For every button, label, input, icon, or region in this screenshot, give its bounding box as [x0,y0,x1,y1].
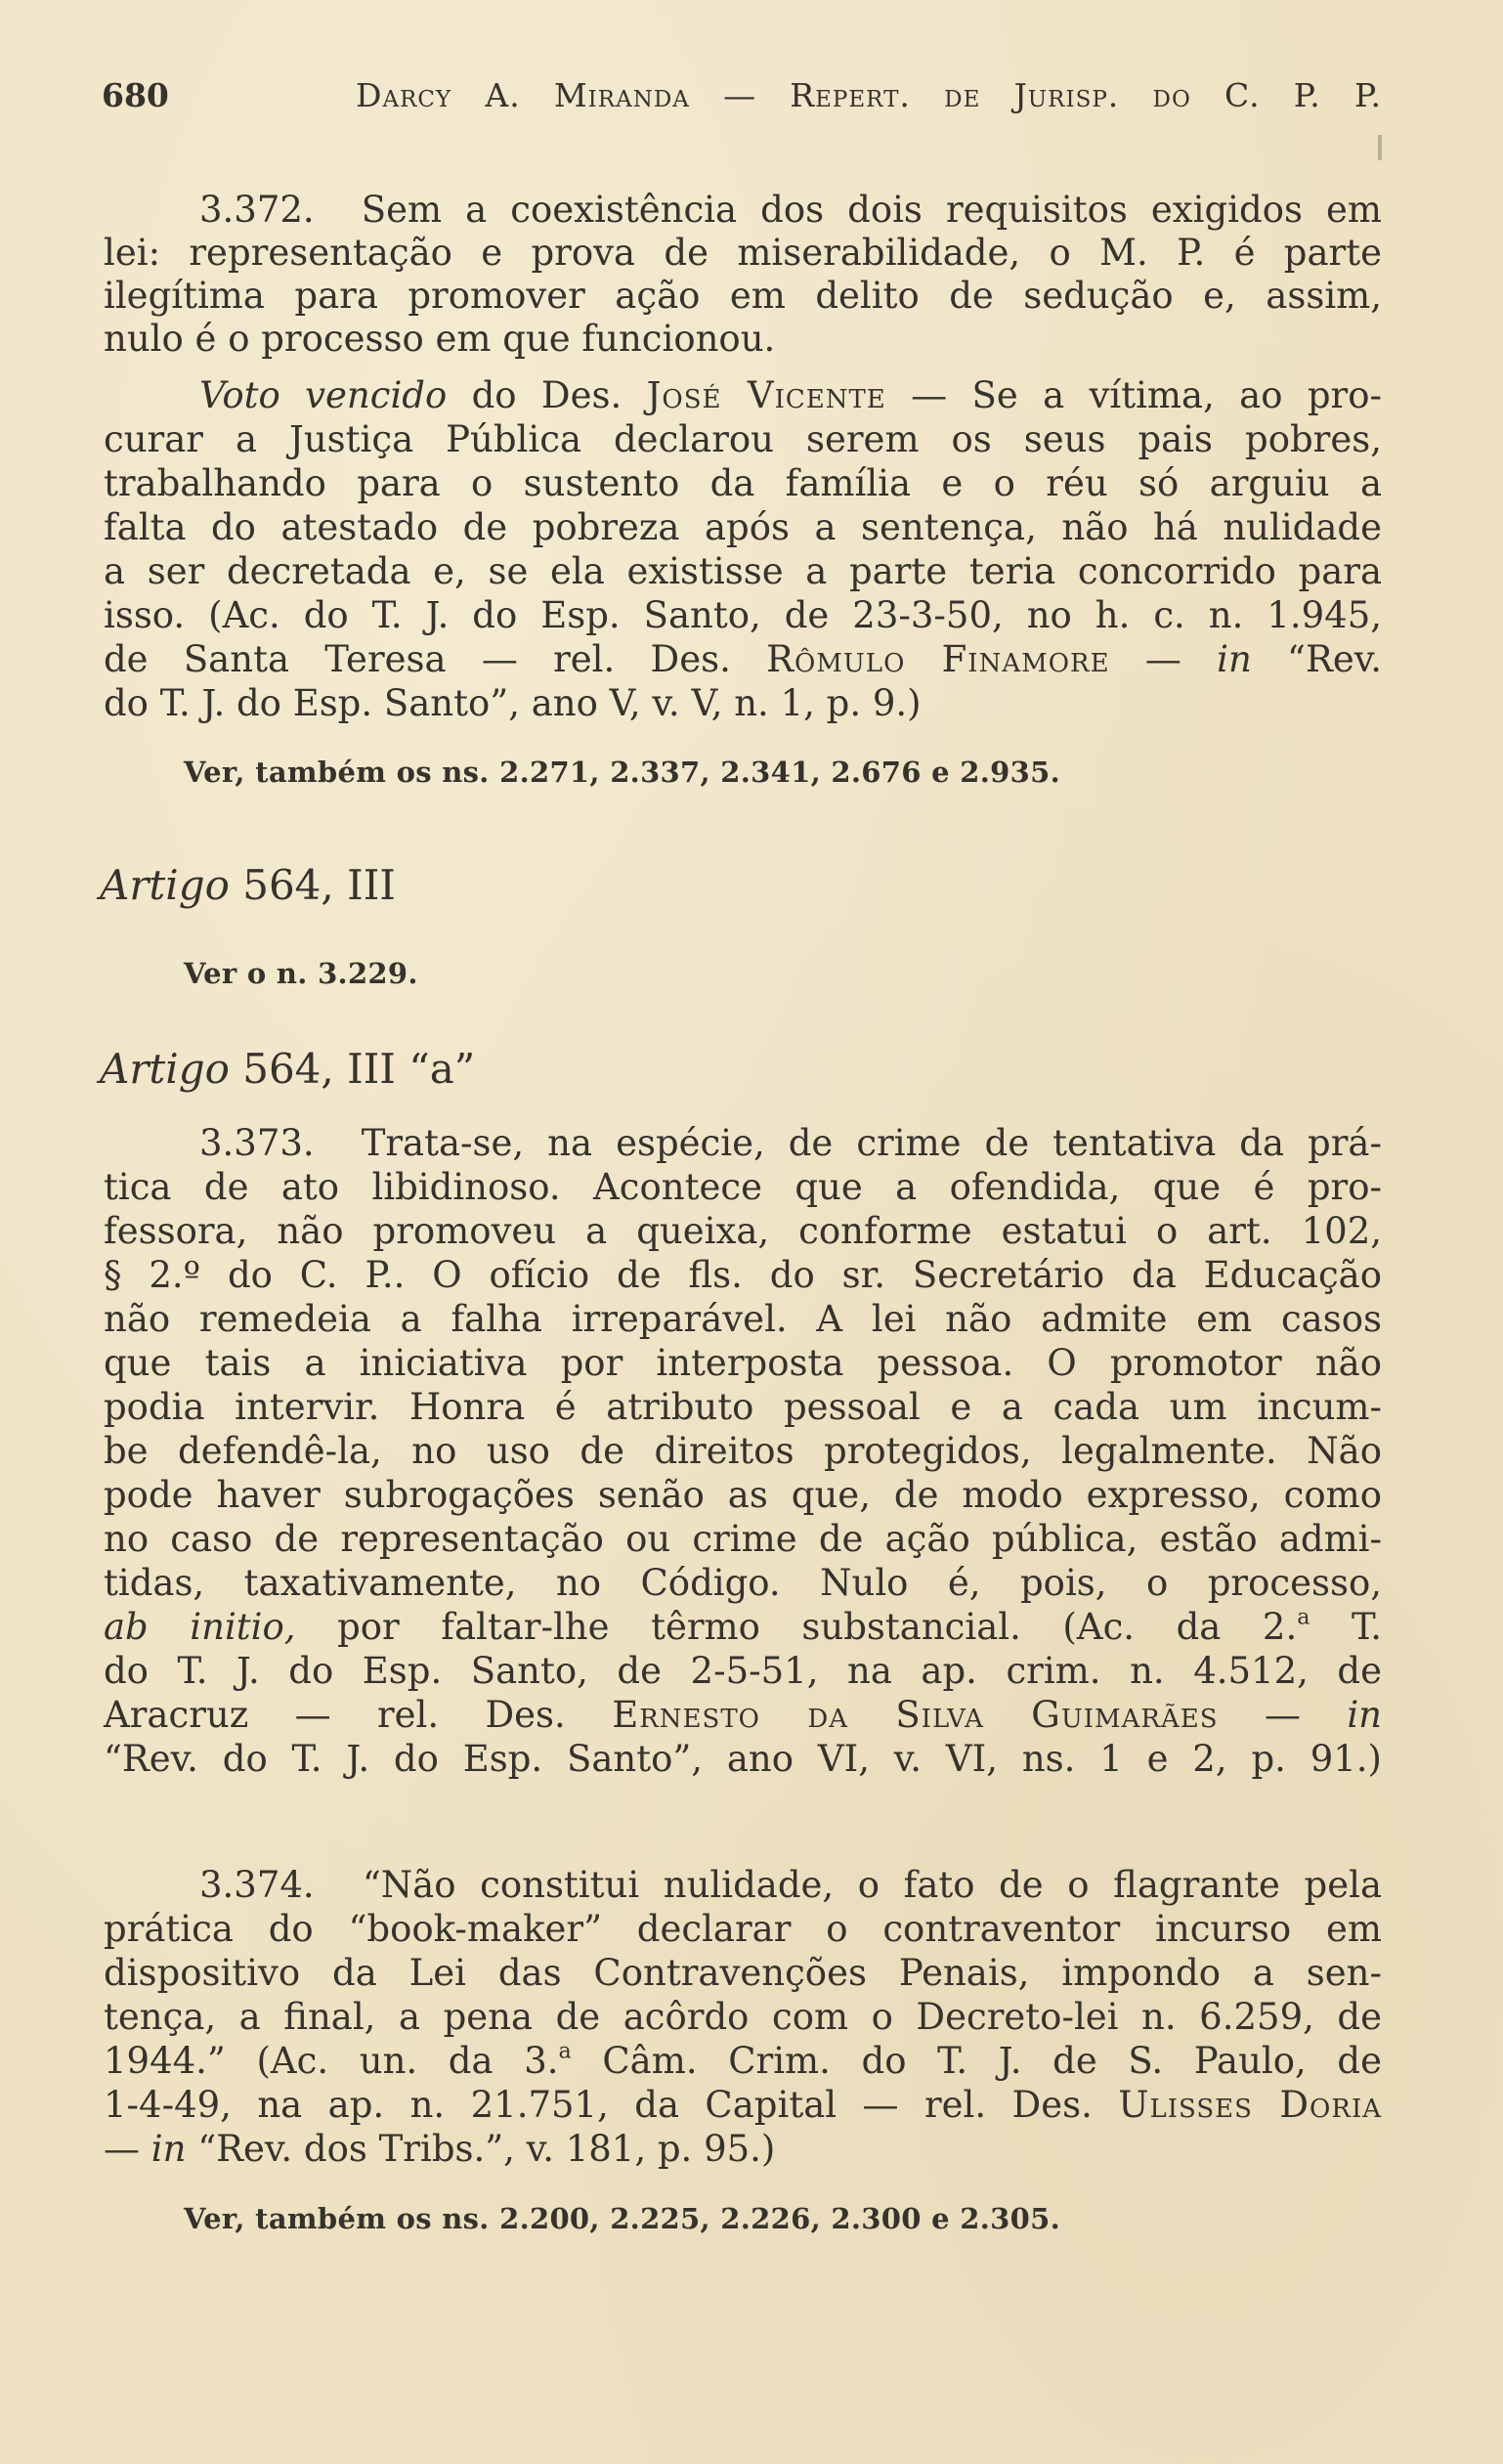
rapporteur-name: Ulisses Doria [1118,2084,1382,2126]
entry-3374-line-1: 3.374. “Não constitui nulidade, o fato d… [199,1863,1382,1907]
see-also-564-iii: Ver o n. 3.229. [184,954,1462,993]
judge-name: José Vicente [647,374,886,416]
entry-3372-line-1: 3.372. Sem a coexistência dos dois requi… [199,188,1382,232]
entry-3373-line: tidas, taxativamente, no Código. Nulo é,… [104,1561,1382,1605]
print-blemish [1378,135,1382,160]
book-page: 680 Darcy A. Miranda — Repert. de Jurisp… [0,0,1503,2464]
dissent-line-1: Voto vencido do Des. José Vicente — Se a… [199,373,1382,417]
running-head-title: Darcy A. Miranda — Repert. de Jurisp. do… [356,74,1382,117]
dissent-line: isso. (Ac. do T. J. do Esp. Santo, de 23… [104,593,1382,637]
dissent-line-7: de Santa Teresa — rel. Des. Rômulo Finam… [104,637,1382,681]
entry-3373-line: que tais a iniciativa por interposta pes… [104,1341,1382,1385]
page-number: 680 [102,74,169,117]
entry-3373-line: no caso de representação ou crime de açã… [104,1517,1382,1561]
entry-3372-line: nulo é o processo em que funcionou. [104,317,1382,361]
dissent-line: a ser decretada e, se ela existisse a pa… [104,549,1382,593]
entry-3372-line: lei: representação e prova de miserabili… [104,231,1382,275]
entry-3374-line: prática do “book-maker” declarar o contr… [104,1907,1382,1951]
entry-3374-line-5: 1944.” (Ac. un. da 3.a Câm. Crim. do T. … [104,2039,1382,2083]
dissent-line: falta do atestado de pobreza após a sent… [104,505,1382,549]
entry-number: 3.373. [199,1122,315,1164]
entry-number: 3.372. [199,189,315,231]
entry-3373-line: não remedeia a falha irreparável. A lei … [104,1297,1382,1341]
entry-3374-line-6: 1-4-49, na ap. n. 21.751, da Capital — r… [104,2083,1382,2127]
entry-3373-line: pode haver subrogações senão as que, de … [104,1473,1382,1517]
entry-number: 3.374. [199,1864,315,1906]
entry-3373-line-11: ab initio, por faltar-lhe têrmo substanc… [104,1605,1382,1649]
entry-3373-line: fessora, não promoveu a queixa, conforme… [104,1209,1382,1253]
entry-3373-line-14: “Rev. do T. J. do Esp. Santo”, ano VI, v… [104,1737,1382,1781]
entry-3373-line: podia intervir. Honra é atributo pessoal… [104,1385,1382,1429]
entry-3373-line: be defendê-la, no uso de direitos proteg… [104,1429,1382,1473]
entry-3372-line: ilegítima para promover ação em delito d… [104,274,1382,318]
dissent-label: Voto vencido [199,374,447,416]
see-also-3374: Ver, também os ns. 2.200, 2.225, 2.226, … [184,2199,1462,2238]
dissent-line-8: do T. J. do Esp. Santo”, ano V, v. V, n.… [104,681,1382,725]
entry-3373-line: do T. J. do Esp. Santo, de 2-5-51, na ap… [104,1649,1382,1693]
entry-3373-line-1: 3.373. Trata-se, na espécie, de crime de… [199,1121,1382,1165]
entry-3374-line: tença, a final, a pena de acôrdo com o D… [104,1995,1382,2039]
article-heading-564-iii-a: Artigo 564, III “a” [100,1044,1378,1095]
entry-3373-line-13: Aracruz — rel. Des. Ernesto da Silva Gui… [104,1693,1382,1737]
article-heading-564-iii: Artigo 564, III [100,860,1378,911]
dissent-line: trabalhando para o sustento da família e… [104,461,1382,505]
running-head: 680 Darcy A. Miranda — Repert. de Jurisp… [102,74,1382,117]
see-also-3372: Ver, também os ns. 2.271, 2.337, 2.341, … [184,753,1462,792]
entry-3374-line-7: — in “Rev. dos Tribs.”, v. 181, p. 95.) [104,2127,1382,2171]
rapporteur-name: Ernesto da Silva Guimarães [612,1694,1218,1736]
entry-3373-line: tica de ato libidinoso. Acontece que a o… [104,1165,1382,1209]
entry-3374-line: dispositivo da Lei das Contravenções Pen… [104,1951,1382,1995]
rapporteur-name: Rômulo Finamore [766,638,1110,680]
entry-3373-line: § 2.º do C. P.. O ofício de fls. do sr. … [104,1253,1382,1297]
dissent-line: curar a Justiça Pública declarou serem o… [104,417,1382,461]
